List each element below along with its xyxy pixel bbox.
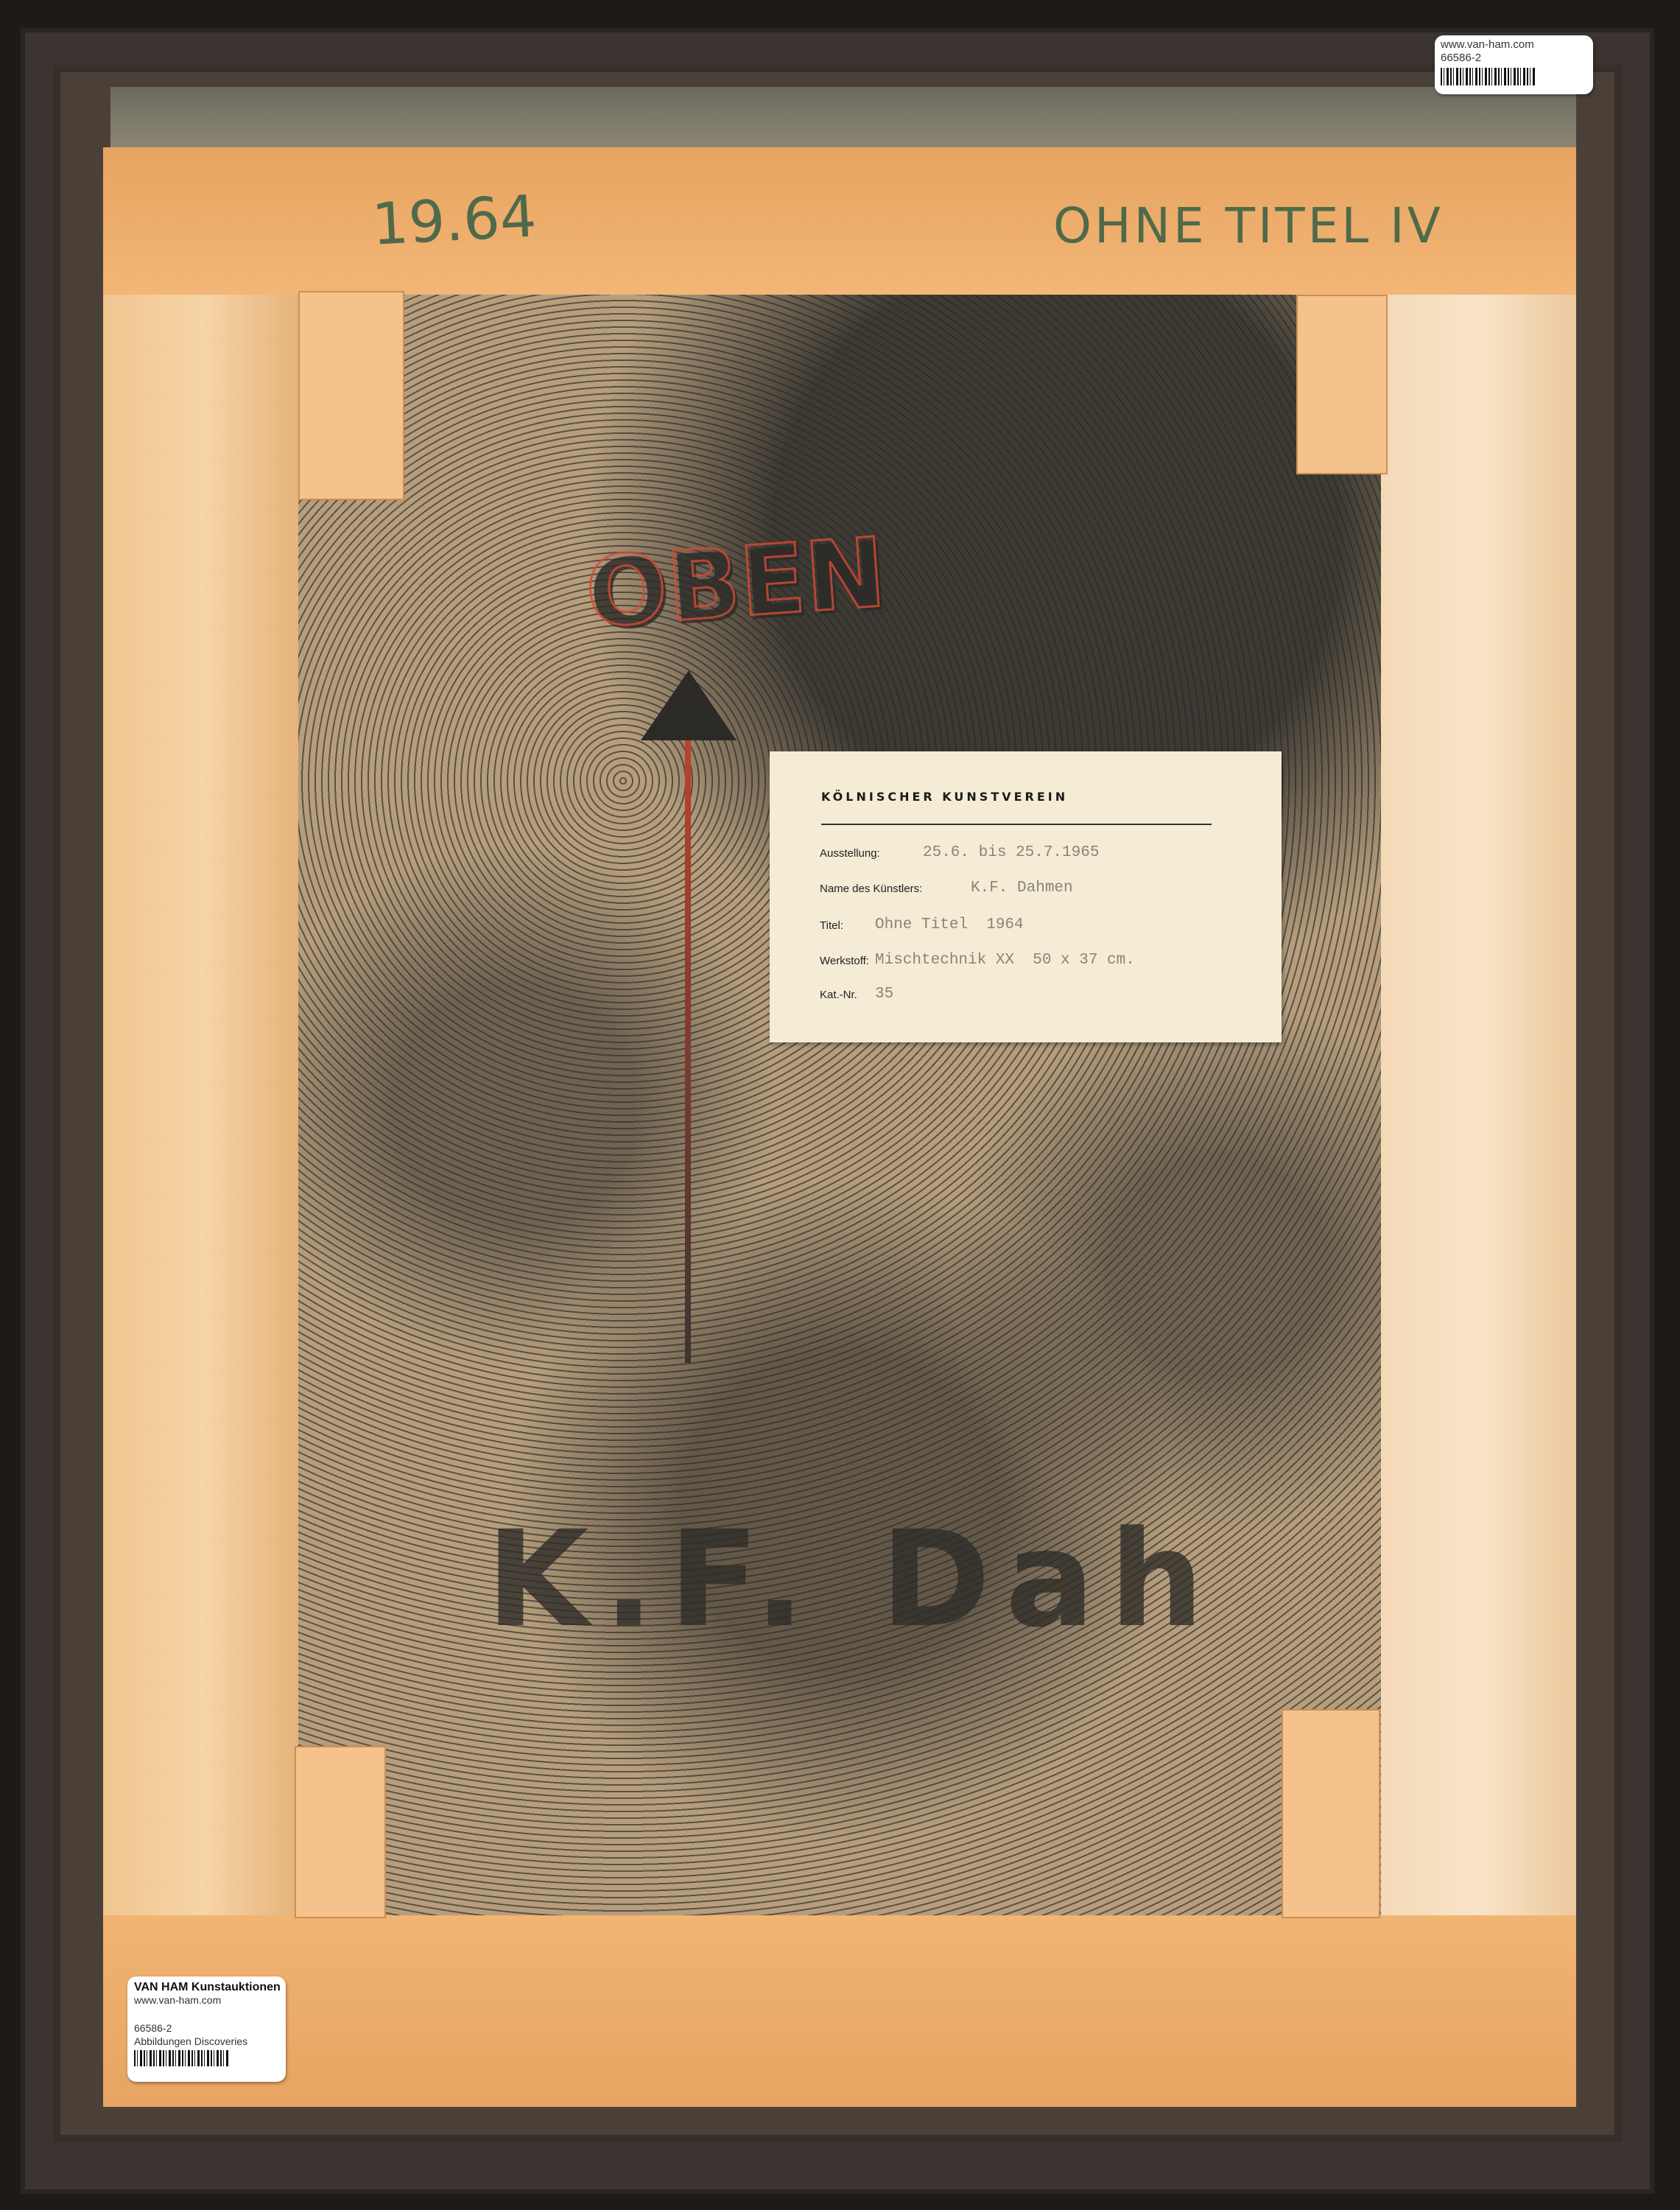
- corner-key-bottom-left: [295, 1746, 386, 1918]
- label-key: Kat.-Nr.: [820, 989, 857, 1001]
- sticker-lot-number: 66586-2: [1441, 52, 1481, 64]
- handwritten-year: 19.64: [370, 183, 538, 259]
- stretcher-bar-bottom: [103, 1915, 1576, 2107]
- sticker-lot-number: 66586-2: [134, 2022, 172, 2034]
- label-key: Ausstellung:: [820, 847, 880, 860]
- sticker-url: www.van-ham.com: [1441, 38, 1534, 51]
- corner-key-bottom-right: [1282, 1709, 1380, 1918]
- barcode-icon: [134, 2050, 228, 2066]
- label-value: Mischtechnik XX 50 x 37 cm.: [875, 952, 1135, 969]
- label-heading: KÖLNISCHER KUNSTVEREIN: [821, 790, 1068, 804]
- label-value: K.F. Dahmen: [971, 880, 1073, 897]
- handwritten-title: OHNE TITEL IV: [1053, 197, 1444, 254]
- label-divider: [821, 824, 1212, 825]
- stretcher-bar-right: [1377, 147, 1576, 2107]
- corner-key-top-left: [298, 291, 404, 500]
- label-row-catalogue: Kat.-Nr. 35: [820, 989, 857, 1011]
- sticker-category: Abbildungen Discoveries: [134, 2035, 247, 2047]
- up-arrow-icon: [641, 670, 737, 740]
- label-key: Name des Künstlers:: [820, 883, 922, 895]
- label-key: Titel:: [820, 919, 843, 932]
- stretcher-bar-left: [103, 147, 302, 2107]
- label-value: 35: [875, 986, 893, 1003]
- label-row-artist: Name des Künstlers: K.F. Dahmen: [820, 883, 922, 905]
- label-row-exhibition: Ausstellung: 25.6. bis 25.7.1965: [820, 847, 880, 869]
- sticker-company: VAN HAM Kunstauktionen: [134, 1981, 281, 1994]
- label-value: 25.6. bis 25.7.1965: [923, 844, 1099, 861]
- label-value: Ohne Titel 1964: [875, 916, 1024, 933]
- label-row-material: Werkstoff: Mischtechnik XX 50 x 37 cm.: [820, 955, 869, 977]
- up-arrow-shaft: [685, 700, 691, 1363]
- exhibition-label: KÖLNISCHER KUNSTVEREIN Ausstellung: 25.6…: [770, 751, 1282, 1042]
- oben-marking-red-outline: OBEN: [582, 516, 889, 649]
- barcode-icon: [1441, 68, 1535, 85]
- corner-key-top-right: [1296, 295, 1388, 474]
- label-row-title: Titel: Ohne Titel 1964: [820, 919, 843, 941]
- artist-signature: K.F. Dah: [486, 1503, 1218, 1657]
- sticker-url: www.van-ham.com: [134, 1994, 221, 2006]
- auction-sticker-top: www.van-ham.com 66586-2: [1435, 35, 1593, 94]
- label-key: Werkstoff:: [820, 955, 869, 967]
- auction-sticker-bottom: VAN HAM Kunstauktionen www.van-ham.com 6…: [127, 1976, 286, 2082]
